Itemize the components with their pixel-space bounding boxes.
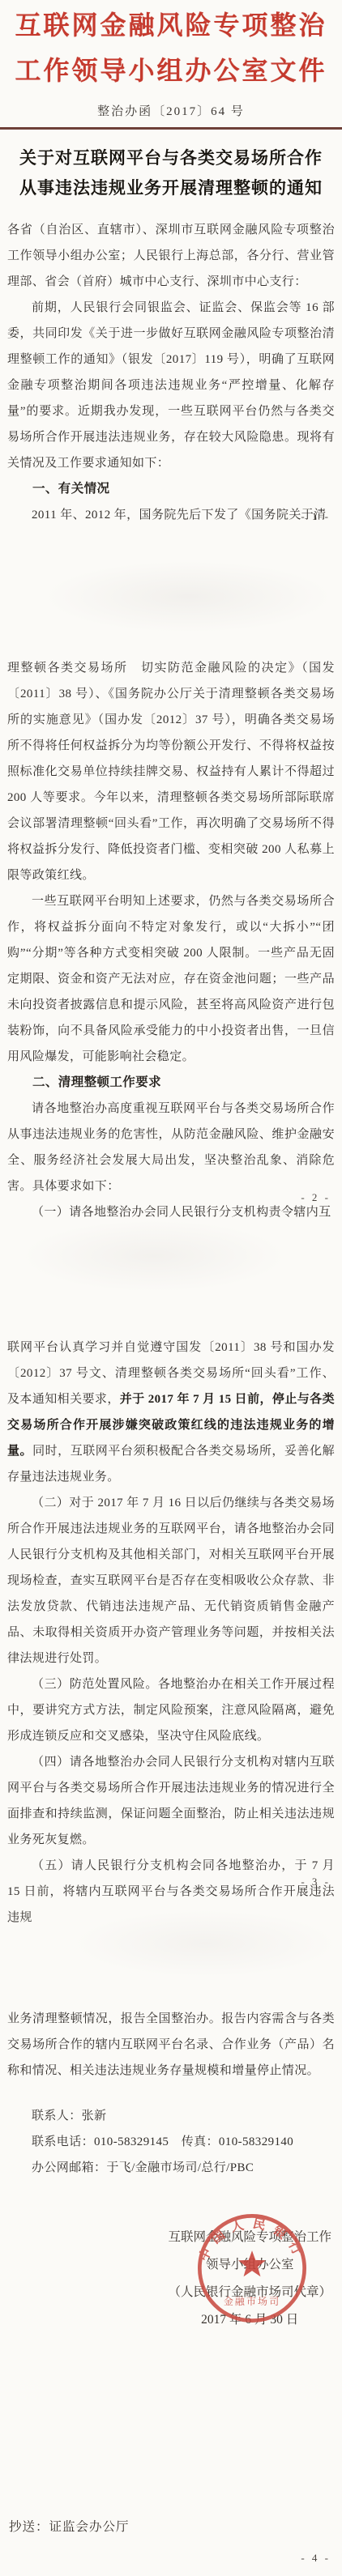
page-number-4: - 4 - (301, 2552, 331, 2565)
item1-paragraph-cont: 联网平台认真学习并自觉遵守国发〔2011〕38 号和国办发〔2012〕37 号文… (7, 1335, 335, 1490)
platform-violations-paragraph: 一些互联网平台明知上述要求，仍然与各类交易场所合作，将权益拆分面向不特定对象发行… (7, 888, 335, 1070)
item1-paragraph-start: （一）请各地整治办会同人民银行分支机构责令辖内互 (7, 1199, 335, 1225)
item1-cont-post: 同时，互联网平台须积极配合各类交易场所，妥善化解存量违法违规业务。 (7, 1445, 335, 1484)
title-line1: 关于对互联网平台与各类交易场所合作 (7, 143, 335, 173)
letterhead-line2: 工作领导小组办公室文件 (7, 48, 335, 93)
intro-paragraph: 前期，人民银行会同银监会、证监会、保监会等 16 部委，共同印发《关于进一步做好… (7, 295, 335, 476)
item3-paragraph: （三）防范处置风险。各地整治办在相关工作开展过程中，要讲究方式方法，制定风险预案… (7, 1671, 335, 1749)
page1-body: 各省（自治区、直辖市）、深圳市互联网金融风险专项整治工作领导小组办公室；人民银行… (7, 217, 335, 528)
page3-body: 联网平台认真学习并自觉遵守国发〔2011〕38 号和国办发〔2012〕37 号文… (7, 1335, 335, 1931)
red-letterhead: 互联网金融风险专项整治 工作领导小组办公室文件 (7, 0, 335, 93)
item5-paragraph-start: （五）请人民银行分支机构会同各地整治办，于 7 月 15 日前，将辖内互联网平台… (7, 1853, 335, 1931)
contact-person: 联系人：张新 (32, 2103, 335, 2129)
item4-paragraph: （四）请各地整治办会同人民银行分支机构对辖内互联网平台与各类交易场所合作开展违法… (7, 1749, 335, 1853)
document-number: 整治办函〔2017〕64 号 (7, 102, 335, 119)
situation-paragraph-cont: 理整顿各类交易场所 切实防范金融风险的决定》（国发〔2011〕38 号）、《国务… (7, 655, 335, 888)
page-number-3: - 3 - (301, 1876, 331, 1888)
scanned-official-document: 互联网金融风险专项整治 工作领导小组办公室文件 整治办函〔2017〕64 号 关… (0, 0, 342, 2576)
contact-block: 联系人：张新 联系电话：010-58329145 传真：010-58329140… (7, 2103, 335, 2181)
seal-bottom-text: 金融市场司 (224, 2295, 280, 2307)
contact-email: 办公网邮箱：于飞/金融市场司/总行/PBC (32, 2155, 335, 2181)
page4-body: 业务清理整顿情况，报告全国整治办。报告内容需含与各类交易场所合作的辖内互联网平台… (7, 2006, 335, 2181)
document-page-4: 业务清理整顿情况，报告全国整治办。报告内容需含与各类交易场所合作的辖内互联网平台… (0, 2000, 342, 2576)
seal-star-icon (238, 2250, 266, 2276)
item5-paragraph-cont: 业务清理整顿情况，报告全国整治办。报告内容需含与各类交易场所合作的辖内互联网平台… (7, 2006, 335, 2084)
attention-paragraph: 请各地整治办高度重视互联网平台与各类交易场所合作从事违法违规业务的危害性，从防范… (7, 1096, 335, 1199)
page-number-2: - 2 - (301, 1191, 331, 1204)
document-title: 关于对互联网平台与各类交易场所合作 从事违法违规业务开展清理整顿的通知 (7, 143, 335, 203)
page2-body: 理整顿各类交易场所 切实防范金融风险的决定》（国发〔2011〕38 号）、《国务… (7, 655, 335, 1225)
section2-heading: 二、清理整顿工作要求 (7, 1070, 335, 1096)
item2-paragraph: （二）对于 2017 年 7 月 16 日以后仍继续与各类交易场所合作开展违法违… (7, 1490, 335, 1671)
contact-phone-fax: 联系电话：010-58329145 传真：010-58329140 (32, 2129, 335, 2155)
letterhead-line1: 互联网金融风险专项整治 (7, 2, 335, 48)
red-divider-rule (0, 127, 342, 130)
section1-heading: 一、有关情况 (7, 476, 335, 502)
document-page-1: 互联网金融风险专项整治 工作领导小组办公室文件 整治办函〔2017〕64 号 关… (0, 0, 342, 652)
title-line2: 从事违法违规业务开展清理整顿的通知 (7, 173, 335, 203)
copy-to-line: 抄送：证监会办公厅 (9, 2517, 130, 2535)
document-page-3: 联网平台认真学习并自觉遵守国发〔2011〕38 号和国办发〔2012〕37 号文… (0, 1328, 342, 2000)
page-number-1: - 1 - (301, 510, 331, 523)
official-red-seal: 中国人民银行 金融市场司 (193, 2209, 311, 2327)
recipients-paragraph: 各省（自治区、直辖市）、深圳市互联网金融风险专项整治工作领导小组办公室；人民银行… (7, 217, 335, 295)
document-page-2: 理整顿各类交易场所 切实防范金融风险的决定》（国发〔2011〕38 号）、《国务… (0, 652, 342, 1328)
situation-paragraph-start: 2011 年、2012 年，国务院先后下发了《国务院关于清 (7, 502, 335, 528)
